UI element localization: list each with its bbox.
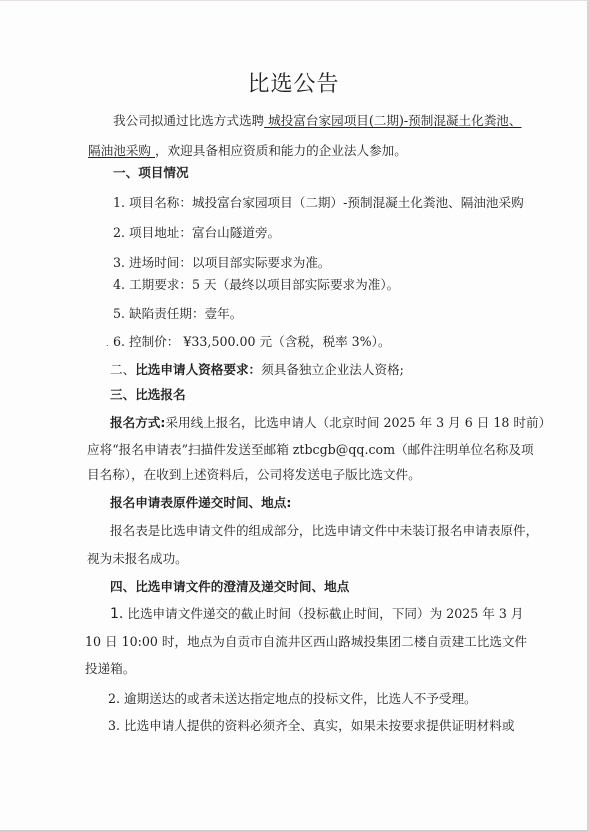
intro-line-2: 隔油池采购 ，欢迎具备相应资质和能力的企业法人参加。 — [88, 143, 407, 159]
section1-item: 1. 项目名称：城投富台家园项目（二期）-预制混凝土化粪池、隔油池采购 — [113, 195, 524, 211]
stray-dot: . — [106, 339, 109, 348]
section1-item: 6. 控制价： ¥33,500.00 元（含税，税率 3%）。 — [113, 334, 391, 350]
section2-bold: 比选申请人资格要求： — [135, 362, 261, 377]
section4-item3: 3. 比选申请人提供的资料必须齐全、真实，如果未按要求提供证明材料或 — [108, 718, 514, 734]
signup-line-3: 目名称），在收到上述资料后，公司将发送电子版比选文件。 — [87, 467, 421, 483]
intro-line-1: 我公司拟通过比选方式选聘 城投富台家园项目(二期)-预制混凝土化粪池、 — [113, 113, 522, 129]
section1-heading: 一、项目情况 — [113, 165, 189, 181]
signup-line-1: 报名方式:采用线上报名，比选申请人（北京时间 2025 年 3 月 6 日 18… — [110, 415, 551, 431]
section4-item2: 2. 逾期送达的或者未送达指定地点的投标文件，比选人不予受理。 — [108, 691, 477, 707]
section1-item: 4. 工期要求：5 天（最终以项目部实际要求为准）。 — [113, 277, 399, 293]
intro-text-suffix: ，欢迎具备相应资质和能力的企业法人参加。 — [155, 143, 407, 158]
signup-text: 采用线上报名，比选申请人（北京时间 2025 年 3 月 6 日 18 时前） — [165, 415, 551, 430]
document-title: 比选公告 — [0, 67, 587, 98]
signup-line-2: 应将“报名申请表”扫描件发送至邮箱 ztbcgb@qq.com（邮件注明单位名称… — [87, 442, 534, 458]
submit-line-2: 视为未报名成功。 — [87, 551, 188, 567]
section4-heading: 四、比选申请文件的澄清及递交时间、地点 — [110, 579, 349, 595]
section4-item1-line1: 1. 比选申请文件递交的截止时间（投标截止时间，下同）为 2025 年 3 月 — [110, 606, 523, 622]
item1-number: 1. — [110, 606, 123, 622]
section2-heading: 二、比选申请人资格要求：须具备独立企业法人资格; — [110, 362, 404, 378]
section4-item1-line2: 10 日 10:00 时，地点为自贡市自流井区西山路城投集团二楼自贡建工比选文件 — [85, 634, 527, 650]
intro-text: 我公司拟通过比选方式选聘 — [113, 113, 264, 128]
section3-heading: 三、比选报名 — [110, 387, 186, 403]
section2-text: 须具备独立企业法人资格; — [261, 362, 404, 377]
submit-heading: 报名申请表原件递交时间、地点: — [110, 495, 291, 511]
section2-prefix: 二、 — [110, 362, 135, 377]
item1-text: 比选申请文件递交的截止时间（投标截止时间，下同）为 2025 年 3 月 — [123, 606, 523, 621]
section1-item: 5. 缺陷责任期：壹年。 — [113, 306, 242, 322]
project-name-underlined: 城投富台家园项目(二期)-预制混凝土化粪池、 — [264, 113, 521, 128]
section1-item: 2. 项目地址：富台山隧道旁。 — [113, 225, 280, 241]
project-name-underlined-cont: 隔油池采购 — [88, 143, 155, 158]
submit-line-1: 报名表是比选申请文件的组成部分，比选申请文件中未装订报名申请表原件， — [110, 523, 538, 539]
section1-item: 3. 进场时间：以项目部实际要求为准。 — [113, 255, 331, 271]
document-page: 比选公告 我公司拟通过比选方式选聘 城投富台家园项目(二期)-预制混凝土化粪池、… — [0, 0, 590, 832]
section4-item1-line3: 投递箱。 — [85, 661, 135, 677]
signup-label: 报名方式: — [110, 415, 165, 430]
